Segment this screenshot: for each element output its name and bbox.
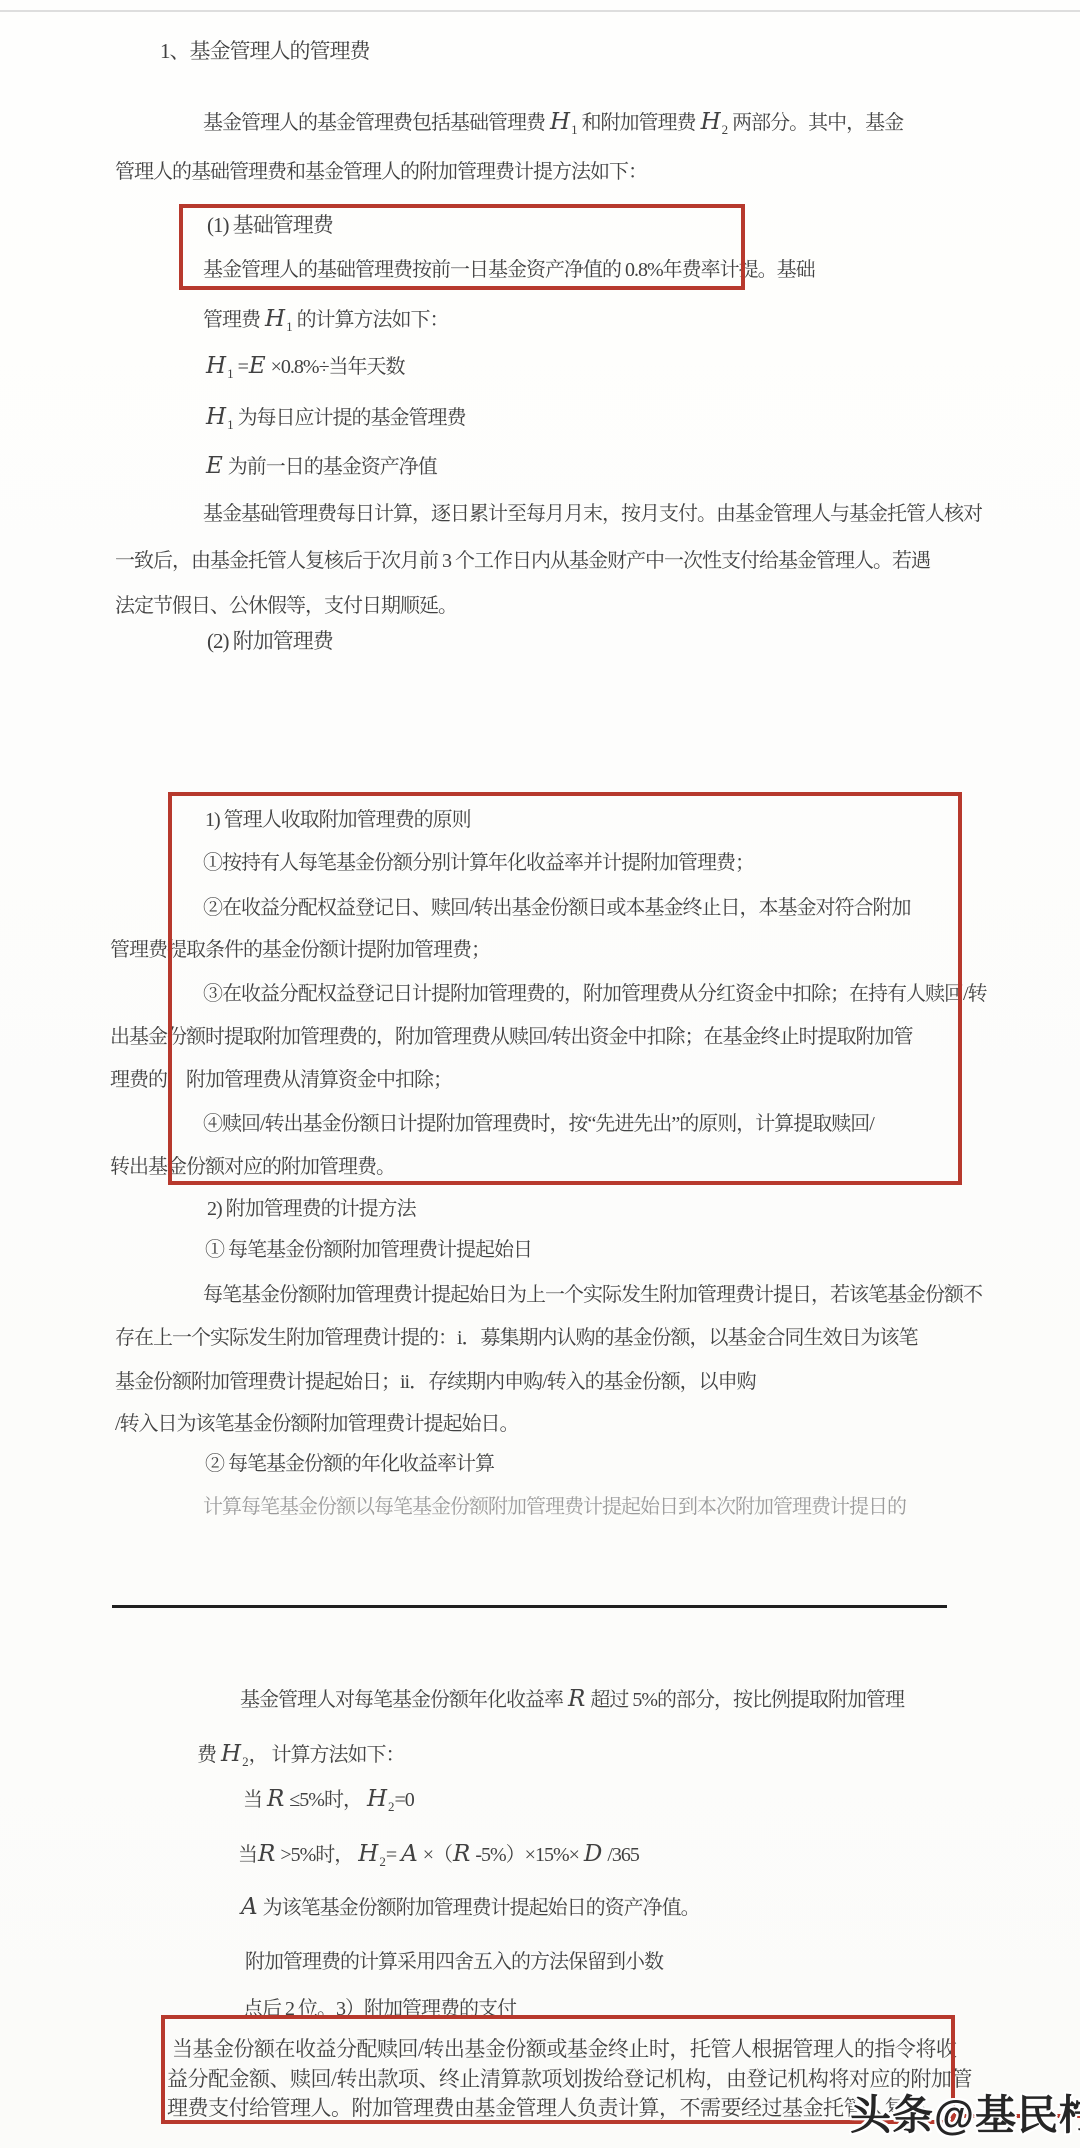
principle-3-line-3: 理费的，附加管理费从清算资金中扣除；	[110, 1068, 452, 1093]
formula-h2-positive: 当R >5%时， H2= A ×（R -5%）×15%× D /365	[238, 1840, 639, 1870]
additional-fee-payment-line-3: 理费支付给管理人。附加管理费由基金管理人负责计算，不需要经过基金托管人复核	[167, 2095, 926, 2121]
h2-intro-line-2: 费 H2， 计算方法如下：	[197, 1740, 405, 1770]
accrual-start-line-2: 存在上一个实际发生附加管理费计提的：i．募集期内认购的基金份额，以基金合同生效日…	[115, 1326, 918, 1351]
basic-fee-calc-intro: 管理费 H1 的计算方法如下：	[203, 305, 449, 335]
principle-3-line-1: ③在收益分配权益登记日计提附加管理费的，附加管理费从分红资金中扣除；在持有人赎回…	[203, 982, 987, 1007]
principle-4-line-1: ④赎回/转出基金份额日计提附加管理费时，按“先进先出”的原则，计算提取赎回/	[203, 1112, 874, 1137]
basic-fee-line: 基金管理人的基础管理费按前一日基金资产净值的 0.8%年费率计提。基础	[203, 258, 815, 283]
payment-paragraph-line-2: 一致后，由基金托管人复核后于次月前 3 个工作日内从基金财产中一次性支付给基金管…	[115, 549, 930, 574]
watermark-handle: @基民柠檬	[934, 2092, 1080, 2138]
watermark-prefix: 头条	[850, 2092, 934, 2138]
annualized-return-heading: ② 每笔基金份额的年化收益率计算	[205, 1452, 494, 1477]
toutiao-watermark: 头条@基民柠檬	[850, 2082, 1080, 2141]
rounding-line-2-and-payment-heading: 点后 2 位。3）附加管理费的支付	[243, 1997, 516, 2022]
formula-a-definition: A 为该笔基金份额附加管理费计提起始日的资产净值。	[240, 1893, 700, 1922]
annualized-return-faded-line: 计算每笔基金份额以每笔基金份额附加管理费计提起始日到本次附加管理费计提日的	[203, 1495, 906, 1520]
principles-heading: 1) 管理人收取附加管理费的原则	[205, 808, 471, 833]
h2-intro-line-1: 基金管理人对每笔基金份额年化收益率 R 超过 5%的部分，按比例提取附加管理	[240, 1685, 904, 1714]
accrual-start-line-4: /转入日为该笔基金份额附加管理费计提起始日。	[115, 1412, 519, 1437]
payment-paragraph-line-3: 法定节假日、公休假等，支付日期顺延。	[115, 594, 457, 619]
formula-h1-definition: H1 为每日应计提的基金管理费	[205, 403, 466, 433]
formula-e-definition: E 为前一日的基金资产净值	[205, 452, 437, 481]
principle-4-line-2: 转出基金份额对应的附加管理费。	[110, 1155, 395, 1180]
accrual-start-date-heading: ① 每笔基金份额附加管理费计提起始日	[205, 1238, 532, 1263]
principle-2-line-2: 管理费提取条件的基金份额计提附加管理费；	[110, 938, 490, 963]
page-divider-line	[112, 1605, 947, 1608]
accrual-method-heading: 2) 附加管理费的计提方法	[207, 1197, 416, 1222]
subsection-additional-fee-heading: (2) 附加管理费	[207, 628, 333, 654]
intro-line-1: 基金管理人的基金管理费包括基础管理费 H1 和附加管理费 H2 两部分。其中，基…	[203, 108, 903, 138]
principle-2-line-1: ②在收益分配权益登记日、赎回/转出基金份额日或本基金终止日，本基金对符合附加	[203, 896, 911, 921]
subsection-basic-fee-heading: (1) 基础管理费	[207, 212, 333, 238]
accrual-start-line-1: 每笔基金份额附加管理费计提起始日为上一个实际发生附加管理费计提日，若该笔基金份额…	[203, 1283, 982, 1308]
document-page: 1、基金管理人的管理费 基金管理人的基金管理费包括基础管理费 H1 和附加管理费…	[0, 0, 1080, 2148]
principle-1: ①按持有人每笔基金份额分别计算年化收益率并计提附加管理费；	[203, 851, 754, 876]
additional-fee-payment-line-1: 当基金份额在收益分配赎回/转出基金份额或基金终止时，托管人根据管理人的指令将收	[172, 2036, 956, 2062]
intro-line-2: 管理人的基础管理费和基金管理人的附加管理费计提方法如下：	[115, 160, 647, 185]
rounding-line-1: 附加管理费的计算采用四舍五入的方法保留到小数	[245, 1950, 663, 1975]
section-1-heading: 1、基金管理人的管理费	[160, 38, 370, 64]
top-border-line	[0, 10, 1080, 12]
formula-h1: H1 =E ×0.8%÷当年天数	[205, 352, 405, 382]
payment-paragraph-line-1: 基金基础管理费每日计算，逐日累计至每月月末，按月支付。由基金管理人与基金托管人核…	[203, 502, 982, 527]
formula-h2-zero: 当 R ≤5%时， H2=0	[243, 1785, 414, 1815]
accrual-start-line-3: 基金份额附加管理费计提起始日；ii．存续期内申购/转入的基金份额，以申购	[115, 1370, 756, 1395]
principle-3-line-2: 出基金份额时提取附加管理费的，附加管理费从赎回/转出资金中扣除；在基金终止时提取…	[110, 1025, 913, 1050]
